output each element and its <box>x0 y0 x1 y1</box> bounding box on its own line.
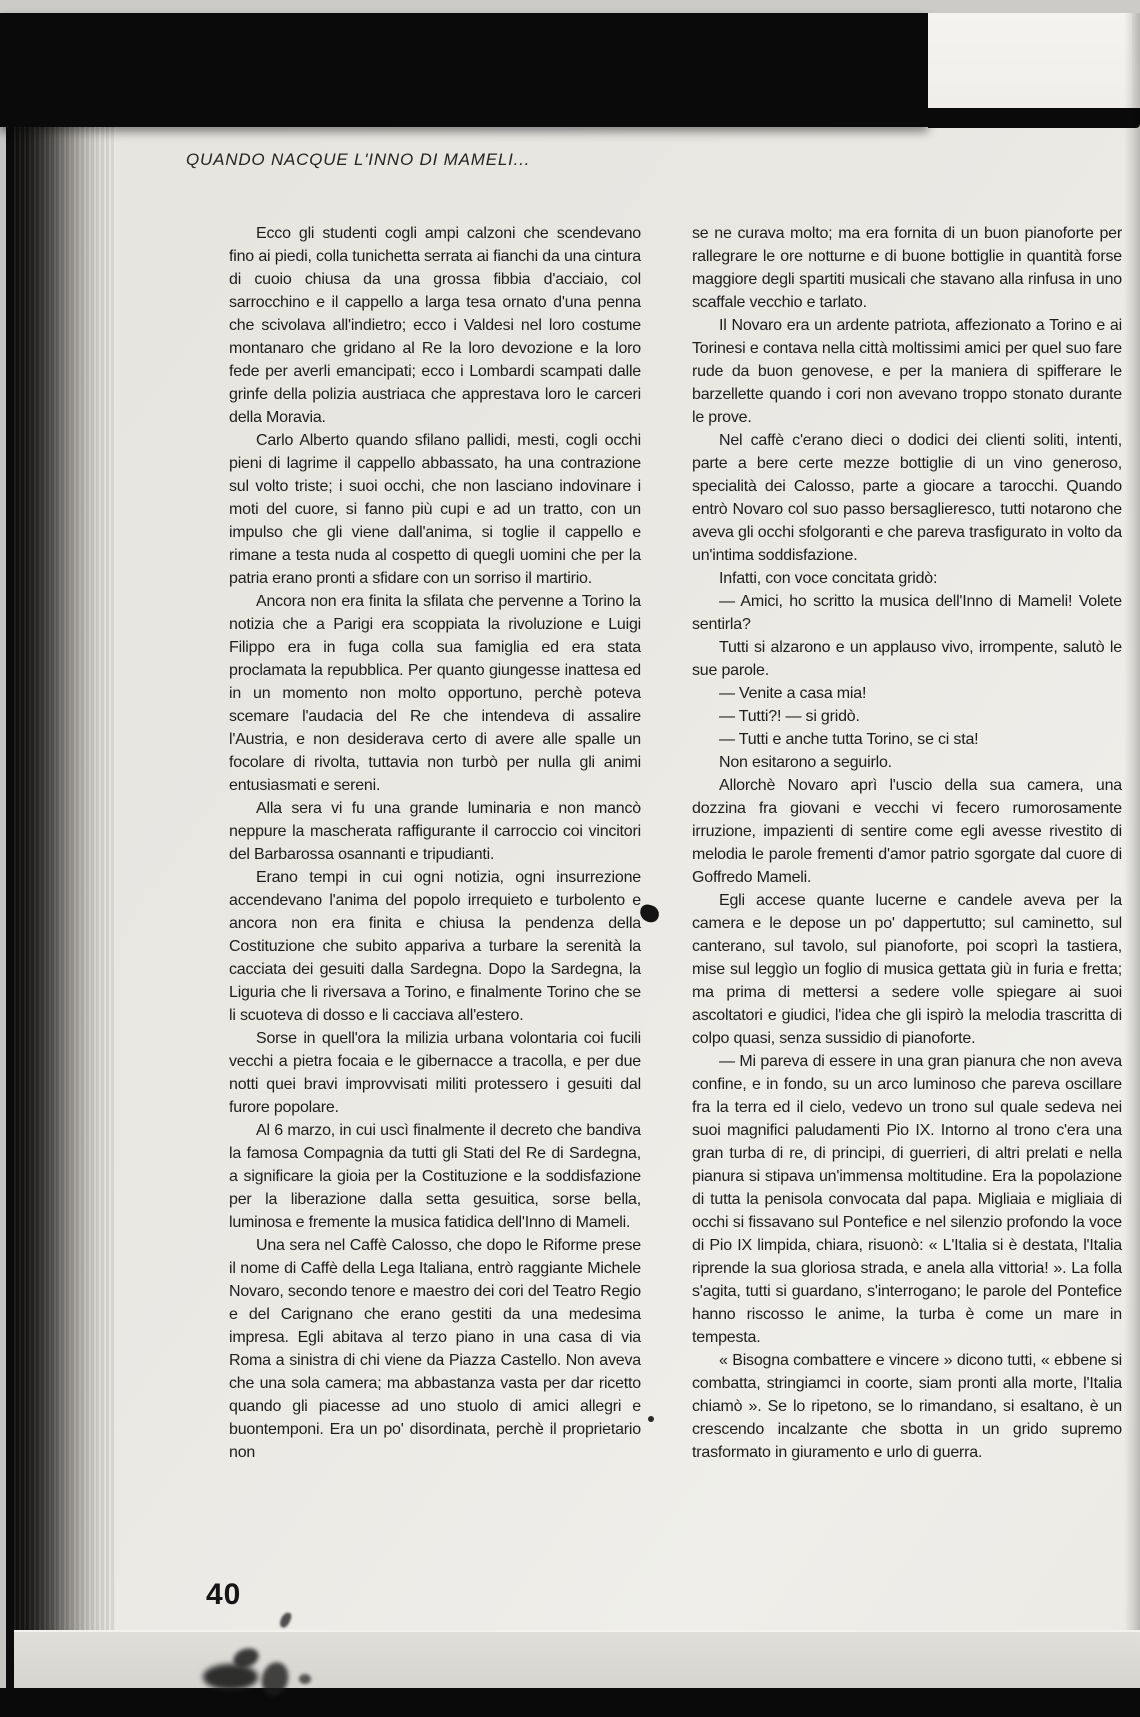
scanner-background-edge <box>0 0 1140 13</box>
paragraph: Infatti, con voce concitata gridò: <box>692 567 1122 590</box>
margin-dot-mark <box>648 1416 654 1422</box>
right-text-column: se ne curava molto; ma era fornita di un… <box>692 222 1122 1464</box>
paragraph: Carlo Alberto quando sfilano pallidi, me… <box>229 429 641 590</box>
right-page-edge-shade <box>1124 13 1140 1693</box>
paragraph: se ne curava molto; ma era fornita di un… <box>692 222 1122 314</box>
paragraph: — Mi pareva di essere in una gran pianur… <box>692 1050 1122 1349</box>
bottom-black-band <box>0 1688 1140 1717</box>
paragraph: Nel caffè c'erano dieci o dodici dei cli… <box>692 429 1122 567</box>
page-number: 40 <box>206 1578 241 1612</box>
left-text-column: Ecco gli studenti cogli ampi calzoni che… <box>229 222 641 1464</box>
paragraph: Ecco gli studenti cogli ampi calzoni che… <box>229 222 641 429</box>
paragraph: Erano tempi in cui ogni notizia, ogni in… <box>229 866 641 1027</box>
top-black-band <box>0 13 928 127</box>
paragraph: Non esitarono a seguirlo. <box>692 751 1122 774</box>
paragraph: — Venite a casa mia! <box>692 682 1122 705</box>
paragraph: Sorse in quell'ora la milizia urbana vol… <box>229 1027 641 1119</box>
page-outer-edge <box>0 13 6 1707</box>
paragraph: Egli accese quante lucerne e candele ave… <box>692 889 1122 1050</box>
paragraph: Allorchè Novaro aprì l'uscio della sua c… <box>692 774 1122 889</box>
paragraph: « Bisogna combattere e vincere » dicono … <box>692 1349 1122 1464</box>
paragraph: — Amici, ho scritto la musica dell'Inno … <box>692 590 1122 636</box>
article-title: QUANDO NACQUE L'INNO DI MAMELI... <box>186 150 530 170</box>
paragraph: — Tutti e anche tutta Torino, se ci sta! <box>692 728 1122 751</box>
adjacent-page-corner <box>928 13 1132 110</box>
bottom-smudge-mark <box>203 1664 258 1690</box>
book-binding-shadow <box>14 13 116 1693</box>
paragraph: Ancora non era finita la sfilata che per… <box>229 590 641 797</box>
page-bottom-edge <box>14 1630 1140 1695</box>
paragraph: Al 6 marzo, in cui uscì finalmente il de… <box>229 1119 641 1234</box>
paragraph: — Tutti?! — si gridò. <box>692 705 1122 728</box>
paragraph: Una sera nel Caffè Calosso, che dopo le … <box>229 1234 641 1464</box>
top-right-black-line <box>928 108 1140 128</box>
paragraph: Alla sera vi fu una grande luminaria e n… <box>229 797 641 866</box>
paragraph: Tutti si alzarono e un applauso vivo, ir… <box>692 636 1122 682</box>
paragraph: Il Novaro era un ardente patriota, affez… <box>692 314 1122 429</box>
bottom-smudge-mark <box>299 1674 311 1684</box>
